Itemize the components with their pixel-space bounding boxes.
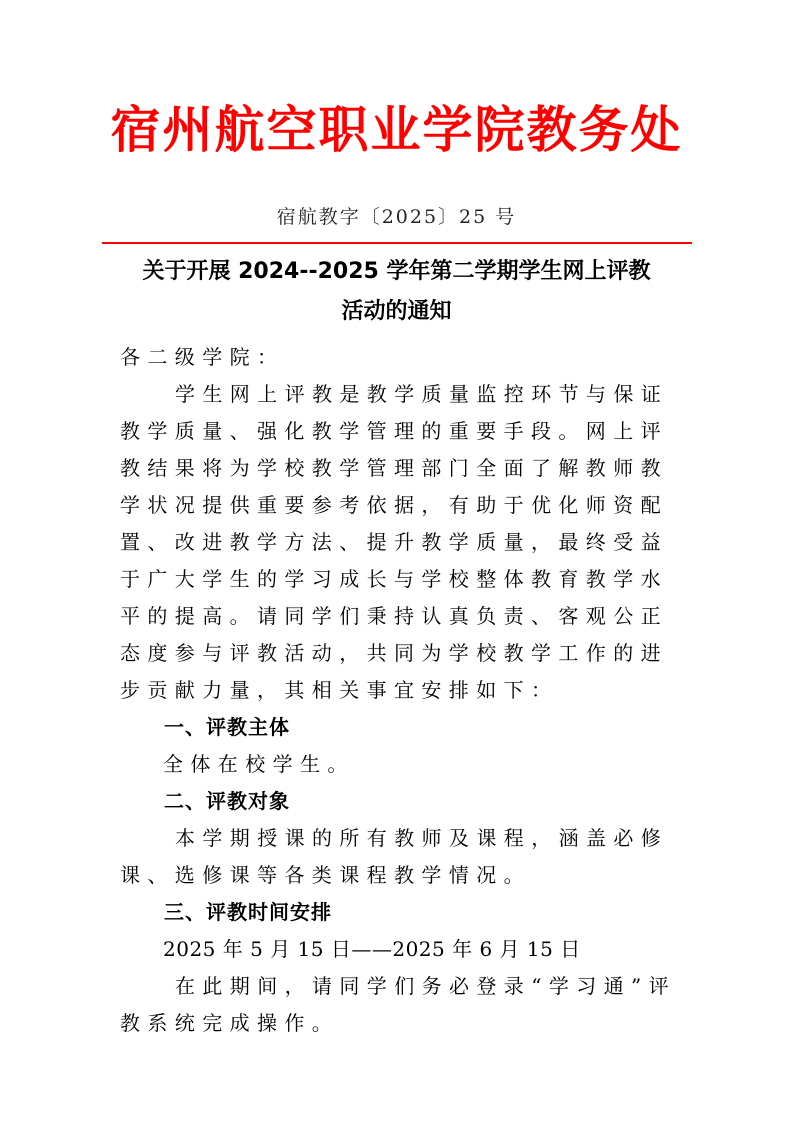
red-divider-rule [102,242,692,244]
schedule-date-range: 2025 年 5 月 15 日——2025 年 6 月 15 日 [120,931,680,968]
notice-body: 各二级学院： 学生网上评教是教学质量监控环节与保证教学质量、强化教学管理的重要手… [120,339,680,1042]
section-heading-target: 二、评教对象 [120,783,680,820]
section-heading-schedule: 三、评教时间安排 [120,894,680,931]
section-content-target: 本学期授课的所有教师及课程，涵盖必修课、选修课等各类课程教学情况。 [120,820,680,894]
notice-title-line-1: 关于开展 2024--2025 学年第二学期学生网上评教 [0,252,793,292]
notice-title: 关于开展 2024--2025 学年第二学期学生网上评教 活动的通知 [0,252,793,332]
document-number: 宿航教字〔2025〕25 号 [0,204,793,230]
section-content-schedule: 在此期间，请同学们务必登录“学习通”评教系统完成操作。 [120,968,680,1042]
section-content-subject: 全体在校学生。 [120,746,680,783]
document-page: 宿州航空职业学院教务处 宿航教字〔2025〕25 号 关于开展 2024--20… [0,0,793,1122]
section-heading-subject: 一、评教主体 [120,709,680,746]
intro-paragraph: 学生网上评教是教学质量监控环节与保证教学质量、强化教学管理的重要手段。网上评教结… [120,376,680,709]
organization-title: 宿州航空职业学院教务处 [0,96,793,164]
salutation: 各二级学院： [120,339,680,376]
notice-title-line-2: 活动的通知 [0,292,793,332]
